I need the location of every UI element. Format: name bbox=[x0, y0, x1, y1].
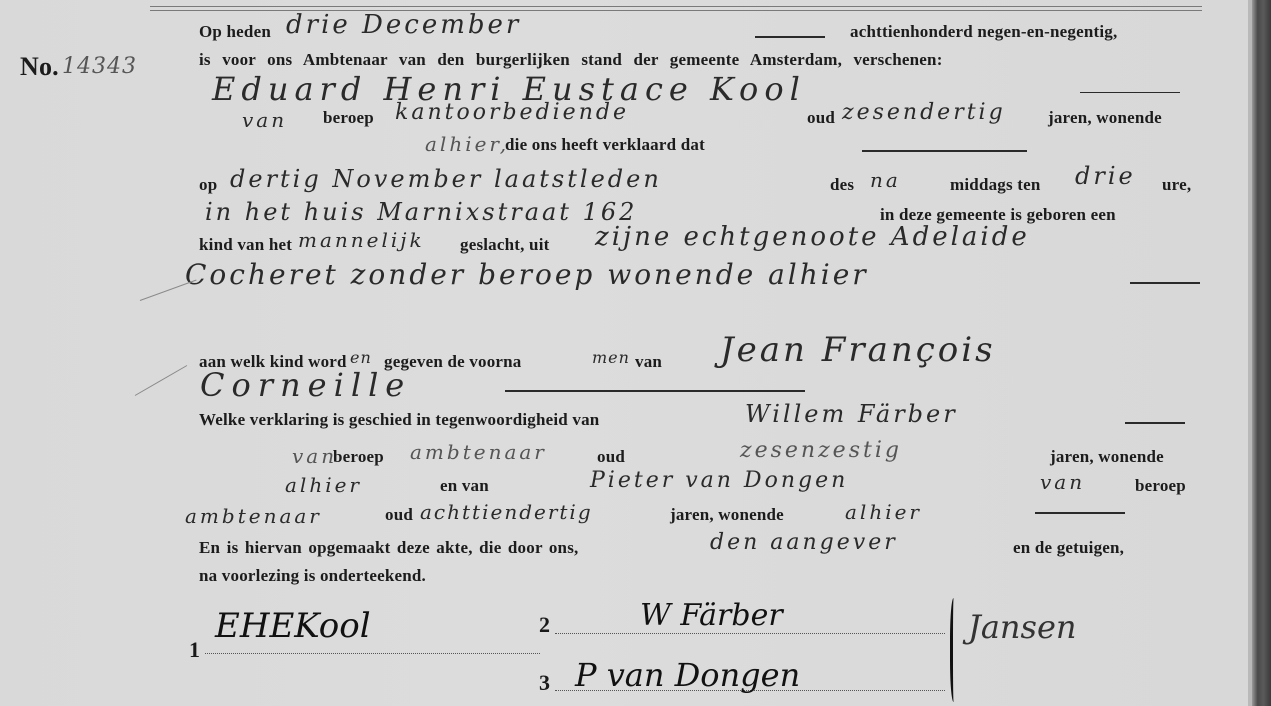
line14-hand-place: alhier bbox=[285, 473, 362, 497]
line2-print: is voor ons Ambtenaar van den burgerlijk… bbox=[199, 50, 943, 70]
line6-print-c: middags ten bbox=[950, 175, 1041, 195]
line6-print-a: op bbox=[199, 175, 217, 195]
line1-dash bbox=[755, 36, 825, 38]
line16-print-b: en de getuigen, bbox=[1013, 538, 1124, 558]
signature-1-line bbox=[205, 653, 540, 654]
line6-hand-date: dertig November laatstleden bbox=[230, 165, 662, 193]
register-page: No. 14343 Op heden drie December achttie… bbox=[0, 0, 1252, 706]
line8-hand-sex: mannelijk bbox=[298, 228, 425, 252]
line7-hand-addr: in het huis Marnixstraat 162 bbox=[205, 198, 637, 226]
line12-dash bbox=[1125, 422, 1185, 424]
line1-print-a: Op heden bbox=[199, 22, 271, 42]
line8-print-a: kind van het bbox=[199, 235, 292, 255]
line15-hand-place: alhier bbox=[845, 500, 922, 524]
signature-brace bbox=[950, 598, 959, 702]
line3-dash bbox=[1080, 92, 1180, 93]
line14-print-b: beroep bbox=[1135, 476, 1186, 496]
line6-hand-na: na bbox=[870, 168, 901, 192]
line1-print-b: achttienhonderd negen-en-negentig, bbox=[850, 22, 1117, 42]
line4-print-b: oud bbox=[807, 108, 835, 128]
official-signature: Jansen bbox=[968, 608, 1076, 646]
signature-2: W Färber bbox=[640, 598, 783, 633]
line17-print: na voorlezing is onderteekend. bbox=[199, 566, 426, 586]
line10-hand-suffix2: men bbox=[592, 348, 630, 367]
signature-2-label: 2 bbox=[539, 612, 550, 638]
record-number-value: 14343 bbox=[62, 54, 137, 79]
signature-3-label: 3 bbox=[539, 670, 550, 696]
line4-print-c: jaren, wonende bbox=[1048, 108, 1162, 128]
line14-hand-witness2: Pieter van Dongen bbox=[590, 468, 848, 493]
line8-print-b: geslacht, uit bbox=[460, 235, 549, 255]
line13-print-c: jaren, wonende bbox=[1050, 447, 1164, 467]
line14-print-a: en van bbox=[440, 476, 489, 496]
line13-print-a: beroep bbox=[333, 447, 384, 467]
line4-hand-age: zesendertig bbox=[842, 100, 1006, 125]
line9-dash bbox=[1130, 282, 1200, 284]
book-binding bbox=[1252, 0, 1271, 706]
line10-print-c: van bbox=[635, 352, 662, 372]
line10-hand-suffix: en bbox=[350, 348, 372, 367]
line13-hand-age: zesenzestig bbox=[740, 438, 902, 463]
line11-hand-given2: Corneille bbox=[200, 366, 411, 404]
line12-hand-witness1: Willem Färber bbox=[745, 400, 958, 428]
line13-print-b: oud bbox=[597, 447, 625, 467]
line5-hand-place: alhier, bbox=[425, 132, 509, 156]
pen-stroke bbox=[135, 365, 187, 396]
line4-hand-job: kantoorbediende bbox=[395, 100, 629, 125]
line8-hand-mother: zijne echtgenoote Adelaide bbox=[595, 222, 1030, 252]
line4-print-a: beroep bbox=[323, 108, 374, 128]
line14-hand-van: van bbox=[1040, 470, 1085, 494]
line6-print-b: des bbox=[830, 175, 854, 195]
signature-3: P van Dongen bbox=[575, 656, 800, 694]
line9-hand-mother2: Cocheret zonder beroep wonende alhier bbox=[185, 258, 869, 291]
line16-print-a: En is hiervan opgemaakt deze akte, die d… bbox=[199, 538, 578, 558]
line5-dash bbox=[862, 150, 1027, 152]
line15-hand-age: achttiendertig bbox=[420, 500, 593, 524]
line11-dash bbox=[505, 390, 805, 392]
line13-hand-van: van bbox=[292, 444, 337, 468]
line6-hand-hour: drie bbox=[1075, 162, 1136, 190]
line16-hand: den aangever bbox=[710, 530, 898, 555]
line6-print-d: ure, bbox=[1162, 175, 1191, 195]
signature-2-line bbox=[555, 633, 945, 634]
line5-print: die ons heeft verklaard dat bbox=[505, 135, 705, 155]
line15-hand-job: ambtenaar bbox=[185, 504, 322, 528]
record-number-label: No. bbox=[20, 52, 59, 82]
signature-1-label: 1 bbox=[189, 637, 200, 663]
line15-dash bbox=[1035, 512, 1125, 514]
line15-print-b: jaren, wonende bbox=[670, 505, 784, 525]
line15-print-a: oud bbox=[385, 505, 413, 525]
line13-hand-job: ambtenaar bbox=[410, 440, 547, 464]
line4-hand-van: van bbox=[242, 108, 287, 132]
signature-1: EHEKool bbox=[215, 606, 371, 646]
line12-print: Welke verklaring is geschied in tegenwoo… bbox=[199, 410, 599, 430]
line10-hand-given: Jean François bbox=[720, 330, 996, 370]
line1-hand-day: drie December bbox=[286, 10, 521, 40]
